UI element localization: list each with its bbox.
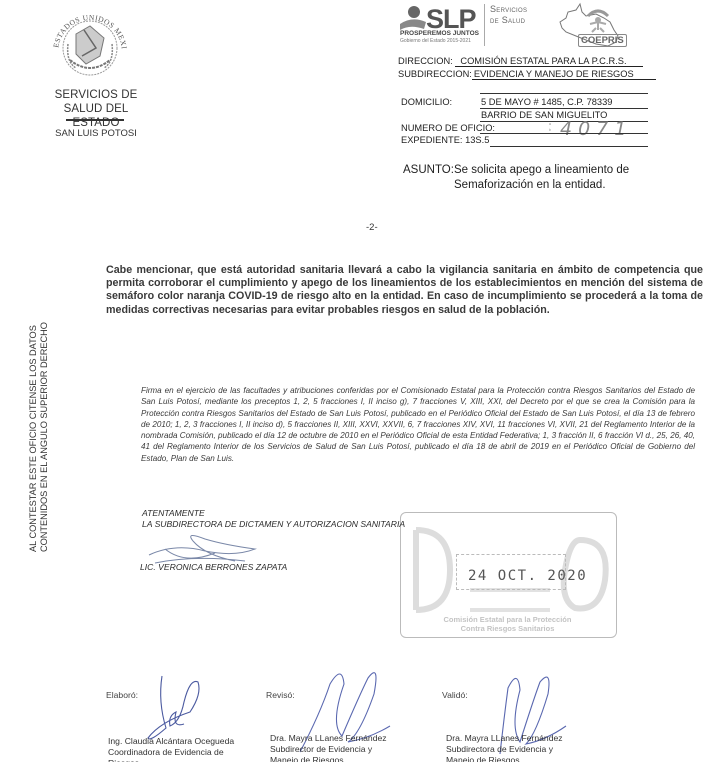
stamp-footer-line1: Comisión Estatal para la Protección (405, 615, 610, 624)
closing-salutation: ATENTAMENTE (142, 508, 405, 519)
reviewer-role: Elaboró: (106, 690, 138, 700)
slp-subtagline: Gobierno del Estado 2015-2021 (400, 38, 471, 44)
divider (66, 119, 124, 121)
asunto-label: ASUNTO: (403, 163, 454, 178)
expediente-field: EXPEDIENTE: 13S.5 (401, 135, 489, 145)
direccion-value: COMISIÓN ESTATAL PARA LA P.C.R.S. (455, 56, 643, 67)
stamp-footer-line2: Contra Riesgos Sanitarios (405, 624, 610, 633)
body-paragraph: Cabe mencionar, que está autoridad sanit… (106, 264, 703, 317)
side-note-line1: AL CONTESTAR ESTE OFICIO CITENSE LOS DAT… (28, 312, 39, 552)
subdireccion-field: SUBDIRECCION:EVIDENCIA Y MANEJO DE RIESG… (398, 69, 656, 80)
reviewer-title-line1: Coordinadora de Evidencia de (108, 747, 234, 758)
servicios-salud-text: Servicios de Salud (490, 4, 527, 26)
services-line1: Servicios (490, 4, 527, 15)
reviewer-block: Ing. Claudia Alcántara Ocegueda Coordina… (108, 736, 234, 762)
legal-text: Firma en el ejercicio de las facultades … (141, 385, 695, 464)
domicilio-label: DOMICILIO: (401, 97, 452, 107)
page-number: -2- (366, 222, 378, 233)
coat-of-arms-icon: ESTADOS UNIDOS MEXICANOS (46, 4, 134, 84)
divider (490, 146, 648, 147)
divider (480, 108, 648, 109)
reviewer-block: Dra. Mayra LLanes Fernández Subdirector … (270, 733, 387, 762)
direccion-field: DIRECCION: COMISIÓN ESTATAL PARA LA P.C.… (398, 56, 643, 67)
coepris-logo-text: COEPRIS (578, 34, 627, 47)
expediente-value: 13S.5 (465, 135, 489, 145)
reviewer-title-line2: Manejo de Riesgos (446, 755, 563, 762)
reviewer-title-line1: Subdirectora de Evidencia y (446, 744, 563, 755)
signer-name: LIC. VERONICA BERRONES ZAPATA (140, 562, 287, 572)
slp-tagline: PROSPEREMOS JUNTOS (400, 30, 479, 37)
side-note: AL CONTESTAR ESTE OFICIO CITENSE LOS DAT… (28, 312, 50, 552)
subdireccion-label: SUBDIRECCION: (398, 69, 472, 79)
reviewer-title-line2: Riesgos (108, 758, 234, 762)
asunto-line2: Semaforización en la entidad. (403, 178, 629, 193)
asunto: ASUNTO:Se solicita apego a lineamiento d… (403, 163, 629, 193)
stamp-footer: Comisión Estatal para la Protección Cont… (405, 615, 610, 633)
reviewer-name: Dra. Mayra LLanes Fernández (446, 733, 563, 744)
reviewer-title-line1: Subdirector de Evidencia y (270, 744, 387, 755)
org-name-line2: SALUD DEL ESTADO (40, 102, 152, 130)
services-line2: de Salud (490, 15, 527, 26)
oficio-number: 4071 (560, 118, 632, 140)
oficio-label: NUMERO DE OFICIO: (401, 123, 495, 133)
expediente-label: EXPEDIENTE: (401, 135, 462, 145)
reviewer-title-line2: Manejo de Riesgos (270, 755, 387, 762)
reviewer-role: Validó: (442, 690, 468, 700)
org-name-line1: SERVICIOS DE (40, 88, 152, 102)
direccion-label: DIRECCION: (398, 56, 453, 66)
subdireccion-value: EVIDENCIA Y MANEJO DE RIESGOS (472, 69, 656, 80)
org-city: SAN LUIS POTOSI (40, 128, 152, 139)
domicilio-line1: 5 DE MAYO # 1485, C.P. 78339 (481, 97, 612, 107)
slp-logo-icon (398, 4, 428, 30)
reviewer-name: Ing. Claudia Alcántara Ocegueda (108, 736, 234, 747)
reviewer-name: Dra. Mayra LLanes Fernández (270, 733, 387, 744)
divider (484, 4, 485, 46)
asunto-line1: Se solicita apego a lineamiento de (454, 164, 629, 176)
divider (480, 93, 648, 94)
org-name: SERVICIOS DE SALUD DEL ESTADO (40, 88, 152, 130)
reviewer-block: Dra. Mayra LLanes Fernández Subdirectora… (446, 733, 563, 762)
stamp-date: 24 OCT. 2020 (468, 568, 587, 584)
side-note-line2: CONTENIDOS EN EL ANGULO SUPERIOR DERECHO (39, 312, 50, 552)
divider (480, 133, 648, 134)
